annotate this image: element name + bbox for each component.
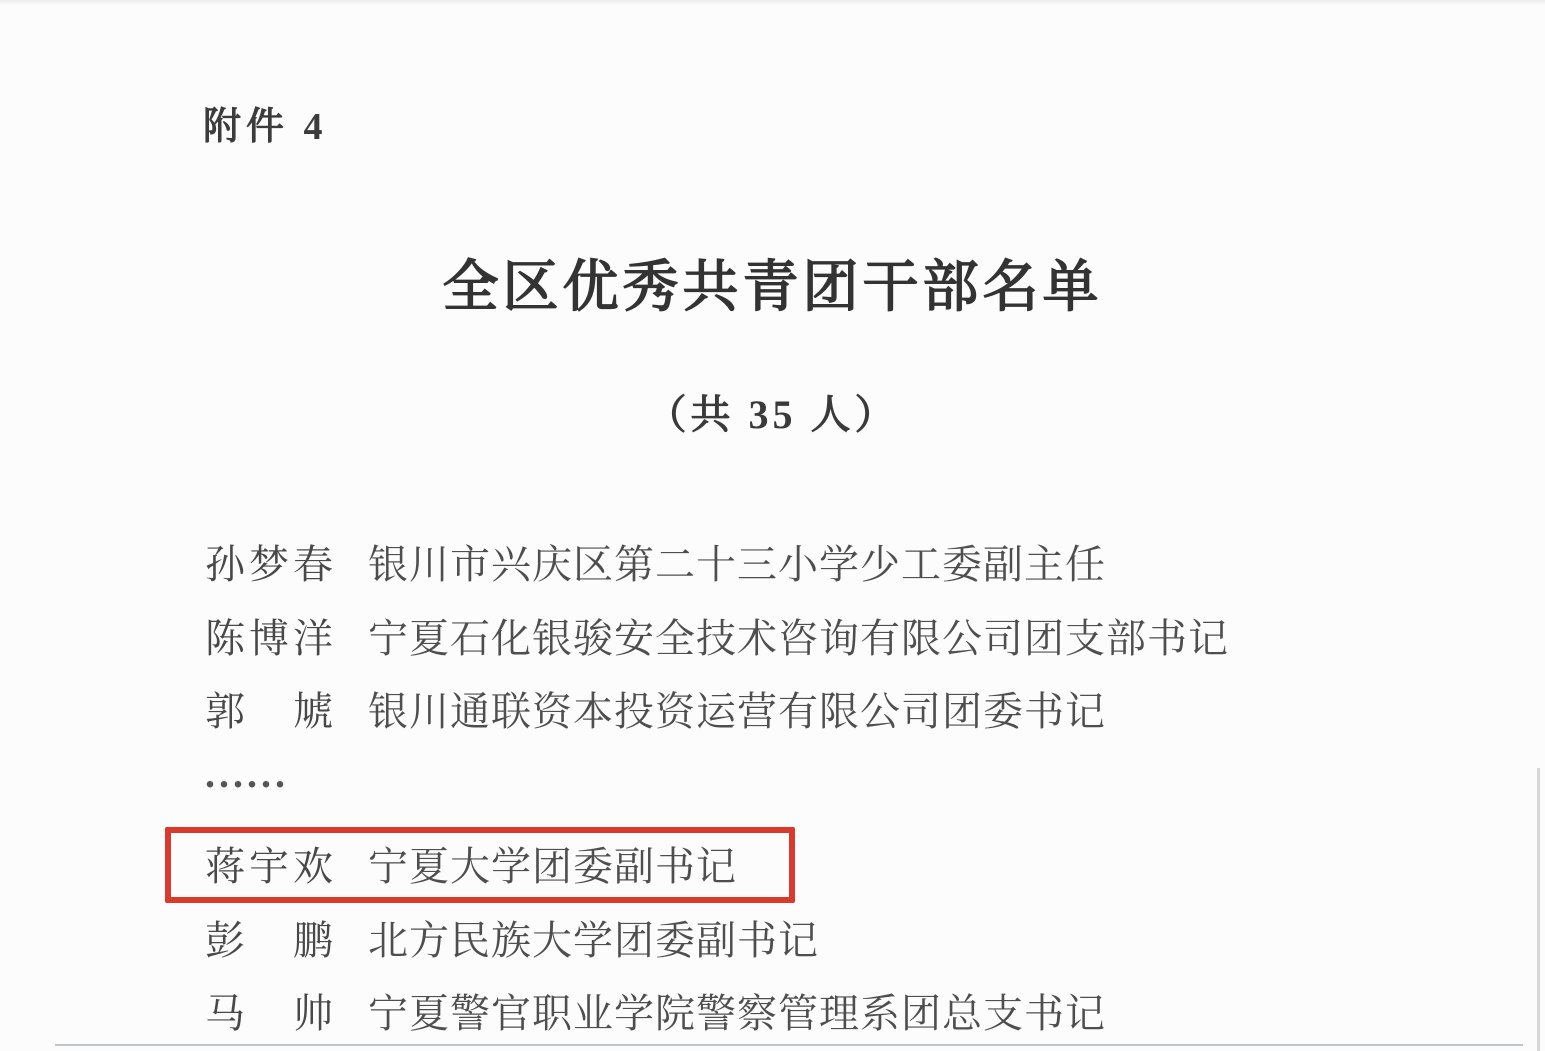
roster-row: 陈博洋宁夏石化银骏安全技术咨询有限公司团支部书记	[205, 614, 1229, 664]
person-position: 银川市兴庆区第二十三小学少工委副主任	[368, 542, 1106, 587]
roster-row: 蒋宇欢宁夏大学团委副书记	[205, 842, 737, 892]
person-position: 北方民族大学团委副书记	[368, 918, 819, 963]
page-bottom-edge-line	[55, 1044, 1523, 1046]
roster-row: 彭鹏北方民族大学团委副书记	[205, 916, 819, 966]
roster-row: 郭虓银川通联资本投资运营有限公司团委书记	[205, 687, 1106, 737]
roster-row: 马帅宁夏警官职业学院警察管理系团总支书记	[205, 989, 1106, 1039]
scanned-document-page: 附件 4 全区优秀共青团干部名单 （共 35 人） 孙梦春银川市兴庆区第二十三小…	[0, 0, 1545, 1051]
person-position: 银川通联资本投资运营有限公司团委书记	[368, 689, 1106, 734]
roster-row: 孙梦春银川市兴庆区第二十三小学少工委副主任	[205, 540, 1106, 590]
person-name: 彭鹏	[205, 916, 333, 966]
person-name: 陈博洋	[205, 614, 333, 664]
person-name: 马帅	[205, 989, 333, 1039]
person-name: 郭虓	[205, 687, 333, 737]
ellipsis-row: ......	[205, 749, 289, 799]
roster: 孙梦春银川市兴庆区第二十三小学少工委副主任 陈博洋宁夏石化银骏安全技术咨询有限公…	[0, 0, 1545, 1051]
person-position: 宁夏警官职业学院警察管理系团总支书记	[368, 991, 1106, 1036]
person-position: 宁夏大学团委副书记	[368, 844, 737, 889]
person-name: 蒋宇欢	[205, 842, 333, 892]
page-right-edge-line	[1537, 768, 1540, 1051]
person-position: 宁夏石化银骏安全技术咨询有限公司团支部书记	[368, 616, 1229, 661]
person-name: 孙梦春	[205, 540, 333, 590]
